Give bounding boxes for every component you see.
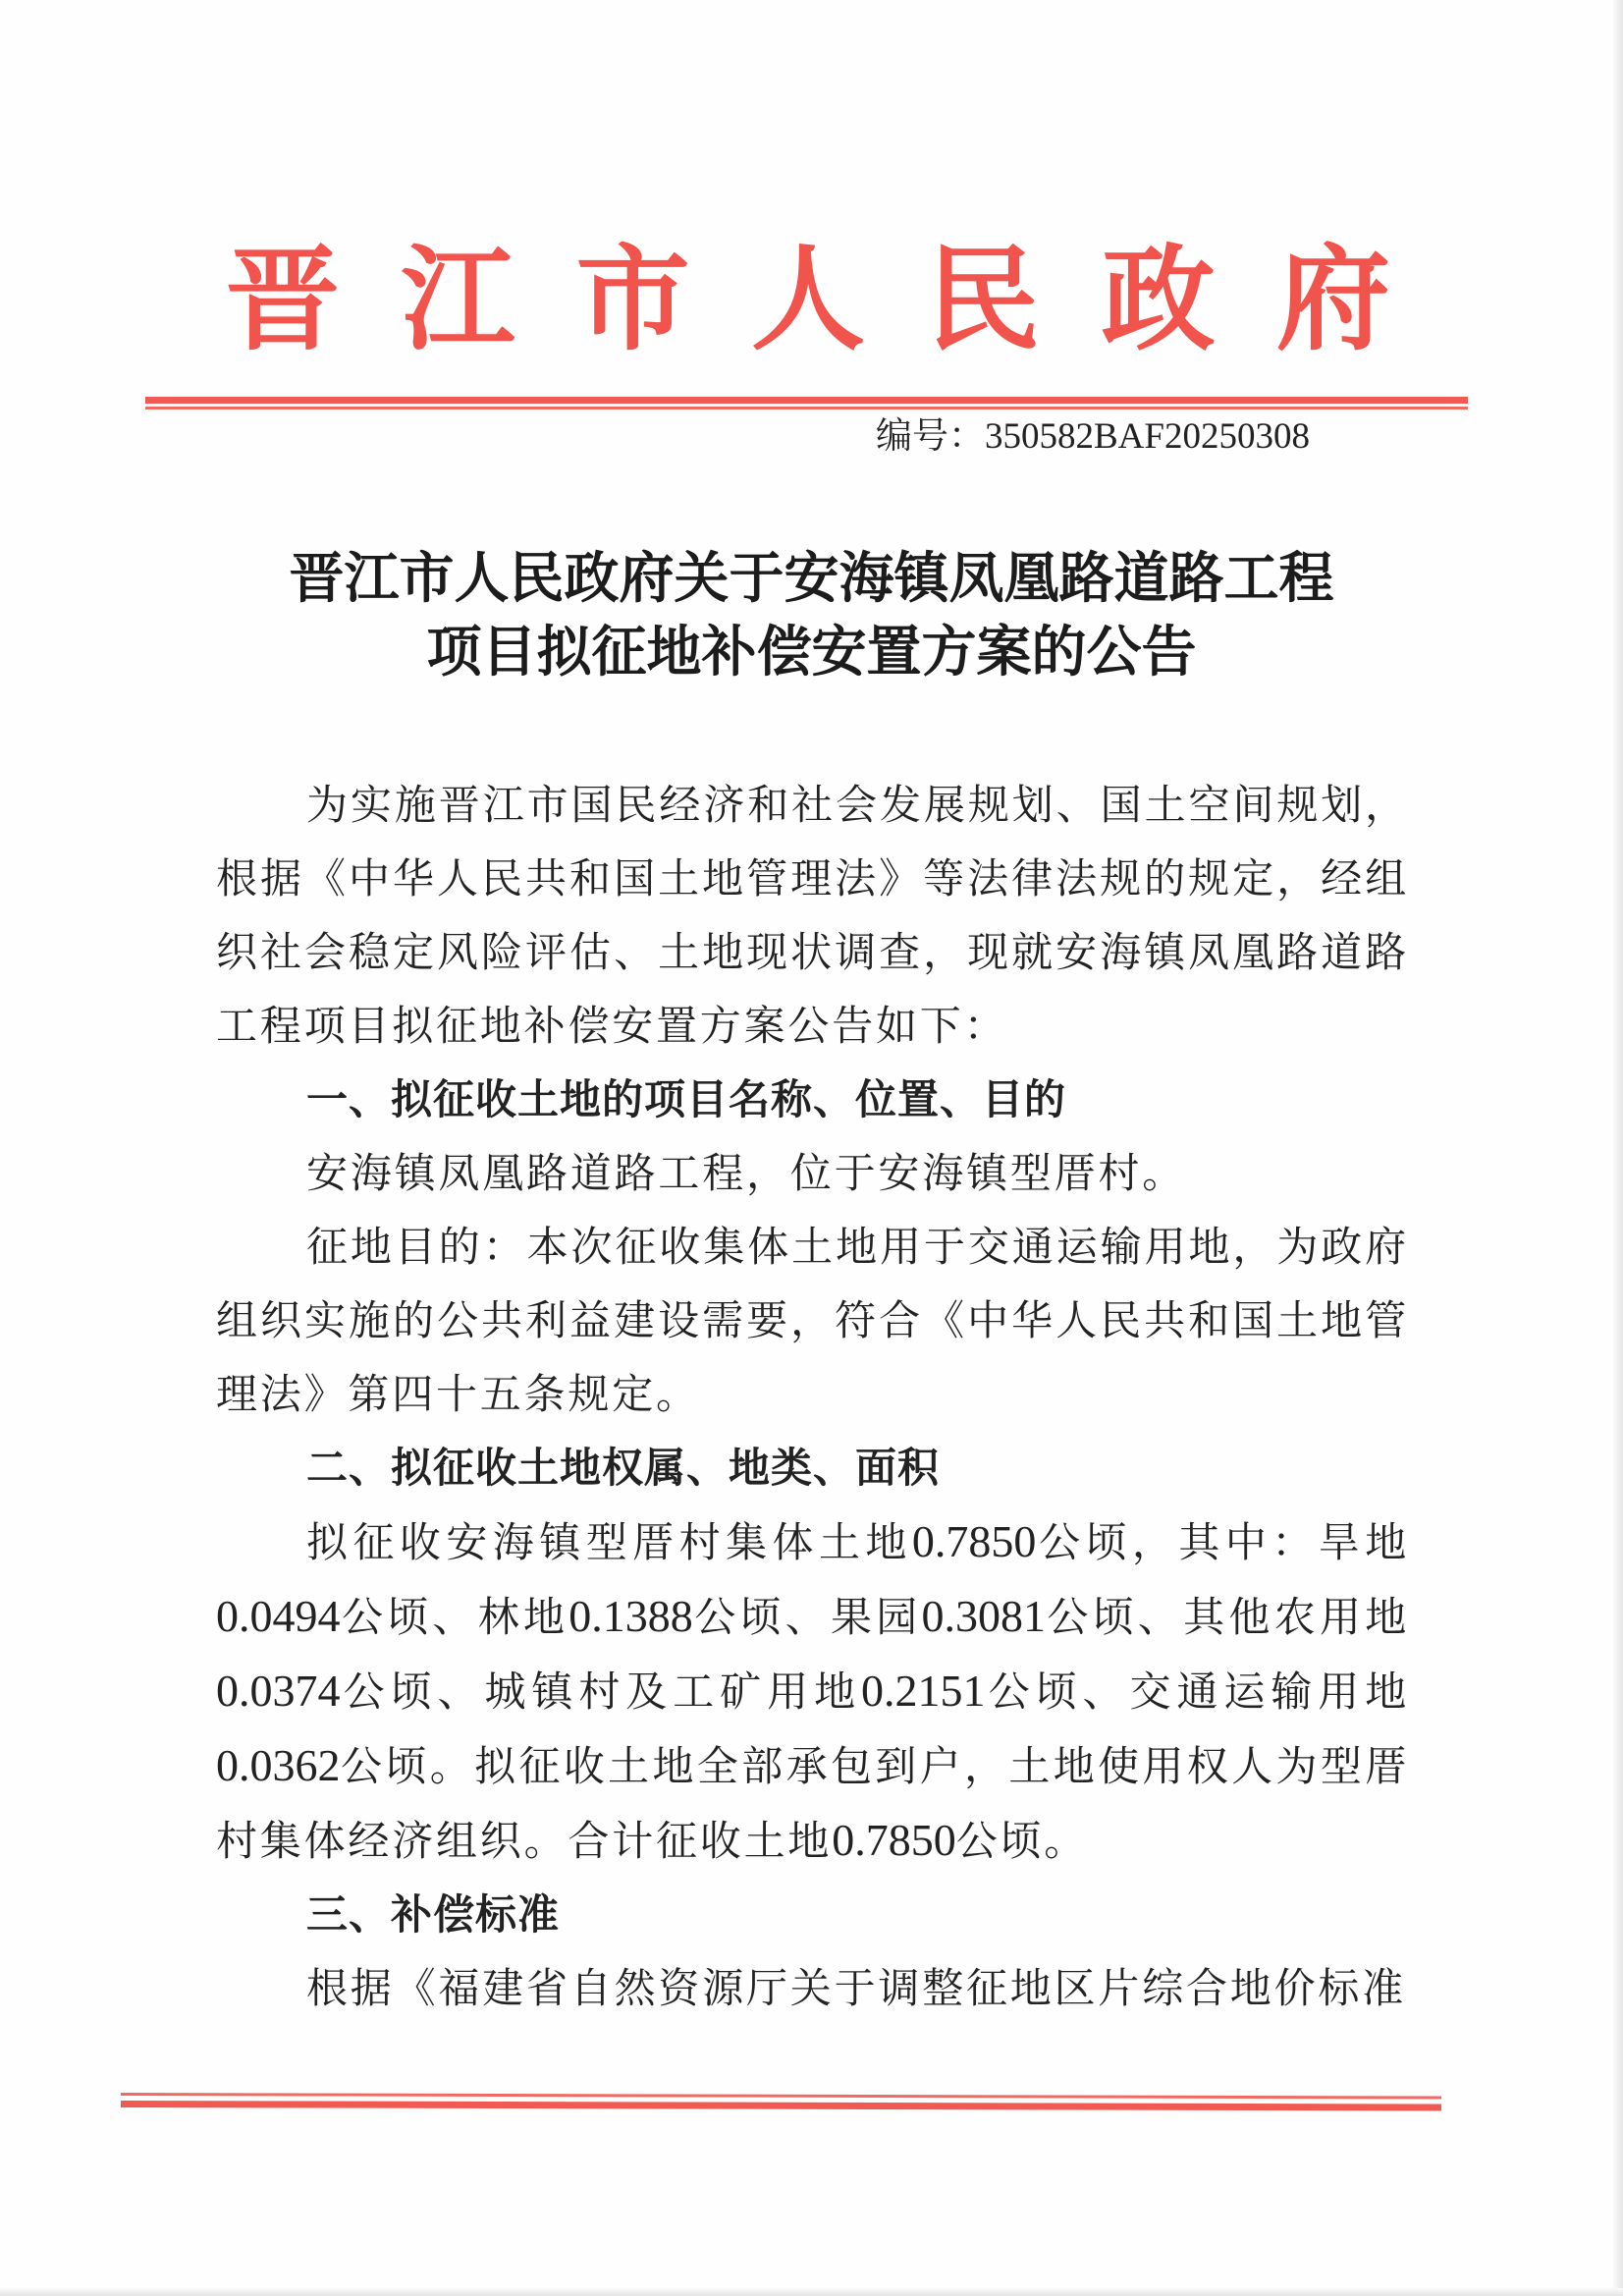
text-segment: 公顷、林地	[341, 1593, 569, 1641]
section-1-heading: 一、拟征收土地的项目名称、位置、目的	[216, 1063, 1409, 1136]
footer-divider-thin	[121, 2093, 1441, 2100]
section-2-land-area: 拟征收安海镇型厝村集体土地0.7850公顷，其中：旱地0.0494公顷、林地0.…	[216, 1504, 1409, 1878]
document-number-label: 编号：	[876, 416, 985, 457]
scan-edge-bottom	[0, 2288, 1623, 2296]
masthead-issuer: 晋 江 市 人 民 政 府	[224, 234, 1392, 366]
scan-edge-right	[1613, 0, 1623, 2296]
title-line-2: 项目拟征地补偿安置方案的公告	[196, 616, 1427, 689]
text-segment: 公顷、城镇村及工矿用地	[341, 1667, 862, 1716]
area-urban-mining: 0.2151	[861, 1666, 986, 1716]
document-page: 晋 江 市 人 民 政 府 编号：350582BAF20250308 晋江市人民…	[0, 0, 1623, 2296]
area-orchard: 0.3081	[921, 1591, 1046, 1641]
area-other-agri: 0.0374	[216, 1666, 341, 1716]
text-segment: 公顷，其中：旱地	[1036, 1518, 1409, 1566]
text-segment: 公顷、其他农用地	[1046, 1593, 1409, 1641]
text-segment: 公顷、交通运输用地	[986, 1667, 1409, 1716]
section-1-location: 安海镇凤凰路道路工程，位于安海镇型厝村。	[216, 1136, 1409, 1210]
section-3-paragraph: 根据《福建省自然资源厅关于调整征地区片综合地价标准	[216, 1951, 1409, 2025]
title-line-1: 晋江市人民政府关于安海镇凤凰路道路工程	[196, 542, 1427, 616]
red-divider-thin	[145, 407, 1468, 410]
area-transport: 0.0362	[216, 1740, 341, 1790]
document-body: 为实施晋江市国民经济和社会发展规划、国土空间规划，根据《中华人民共和国土地管理法…	[216, 768, 1409, 2025]
section-3-heading: 三、补偿标准	[216, 1878, 1409, 1951]
masthead-char: 晋	[224, 234, 342, 366]
document-number-value: 350582BAF20250308	[985, 416, 1310, 457]
masthead-char: 政	[1100, 234, 1217, 366]
text-segment: 公顷、果园	[693, 1593, 922, 1641]
text-segment: 公顷。	[956, 1817, 1088, 1865]
section-2-heading: 二、拟征收土地权属、地类、面积	[216, 1431, 1409, 1504]
masthead-char: 人	[749, 234, 867, 366]
document-number: 编号：350582BAF20250308	[876, 412, 1406, 462]
document-title: 晋江市人民政府关于安海镇凤凰路道路工程 项目拟征地补偿安置方案的公告	[196, 542, 1427, 689]
text-segment: 公顷。拟征收土地全部承包到户，土地使用权人为型厝村集体经济组织。合计征收土地	[216, 1742, 1409, 1865]
text-segment: 拟征收安海镇型厝村集体土地	[306, 1518, 912, 1566]
area-dryland: 0.0494	[216, 1591, 341, 1641]
area-total-sum: 0.7850	[832, 1815, 956, 1865]
section-1-purpose: 征地目的：本次征收集体土地用于交通运输用地，为政府组织实施的公共利益建设需要，符…	[216, 1210, 1409, 1431]
masthead-char: 民	[924, 234, 1042, 366]
masthead-char: 市	[574, 234, 692, 366]
masthead-char: 府	[1274, 234, 1392, 366]
footer-divider-thick	[121, 2101, 1441, 2111]
area-forest: 0.1388	[568, 1591, 693, 1641]
masthead-char: 江	[399, 234, 516, 366]
intro-paragraph: 为实施晋江市国民经济和社会发展规划、国土空间规划，根据《中华人民共和国土地管理法…	[216, 768, 1409, 1063]
area-total: 0.7850	[912, 1516, 1037, 1566]
red-divider-thick	[145, 397, 1468, 404]
